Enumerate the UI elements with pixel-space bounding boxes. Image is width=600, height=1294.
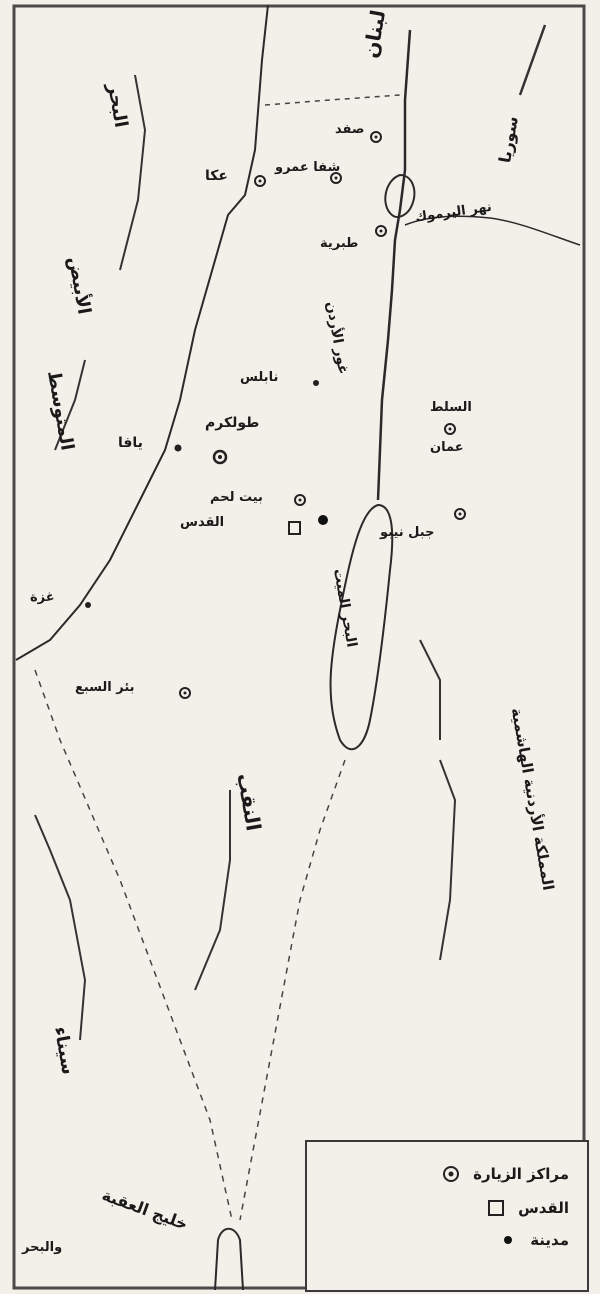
label-jaffa: يافا <box>118 435 143 451</box>
marker-nebo <box>455 509 465 519</box>
lebanon-border <box>265 95 400 105</box>
aqaba-gulf <box>215 1229 243 1290</box>
coastline <box>16 5 268 660</box>
marker-jaffa <box>175 445 182 452</box>
label-shfaamr: شفا عمرو <box>275 160 340 175</box>
dot-icon <box>498 1230 518 1250</box>
legend-item-visit-centers: مراكز الزيارة <box>441 1164 569 1184</box>
legend-item-city: مدينة <box>498 1230 569 1250</box>
legend-label: القدس <box>518 1199 569 1217</box>
square-icon <box>486 1198 506 1218</box>
label-salt: السلط <box>430 400 472 415</box>
negev-curve <box>195 790 230 990</box>
label-lydda: طولكرم <box>205 415 259 431</box>
jordan-river <box>378 30 410 500</box>
label-nebo: جبل نيبو <box>380 525 434 540</box>
marker-safad <box>371 132 381 142</box>
label-bethlehem: بيت لحم <box>210 490 263 505</box>
label-tiberias: طبرية <box>320 236 358 251</box>
label-safad: صفد <box>335 122 364 137</box>
circle-dot-icon <box>441 1164 461 1184</box>
transjordan-curve <box>420 640 440 740</box>
label-jerusalem: القدس <box>180 515 224 530</box>
legend-label: مدينة <box>530 1231 569 1249</box>
marker-salt <box>445 424 455 434</box>
legend-item-jerusalem: القدس <box>486 1198 569 1218</box>
marker-tiberias <box>376 226 386 236</box>
label-amman: عمان <box>430 440 464 455</box>
label-acre: عكا <box>205 168 228 184</box>
marker-beersheba <box>180 688 190 698</box>
marker-gaza <box>85 602 91 608</box>
label-beersheba: بئر السبع <box>75 680 135 695</box>
label-nablus: نابلس <box>240 370 278 385</box>
map-frame <box>14 6 584 1288</box>
map-legend: مراكز الزيارة القدس مدينة <box>305 1140 589 1292</box>
marker-lydda <box>214 451 226 463</box>
marker-jerusalem <box>289 522 300 534</box>
map-canvas <box>0 0 600 1294</box>
marker-nablus <box>313 380 319 386</box>
label-gaza: غزة <box>30 590 55 605</box>
marker-bethlehem <box>295 495 305 505</box>
marker-acre <box>255 176 265 186</box>
label-corner: والبحر <box>22 1240 62 1255</box>
sinai-border <box>35 670 232 1220</box>
syria-stroke <box>520 25 545 95</box>
jordan-curve-east <box>440 760 455 960</box>
sinai-curve <box>35 815 85 1040</box>
marker-jericho <box>318 515 328 525</box>
legend-label: مراكز الزيارة <box>473 1165 569 1183</box>
